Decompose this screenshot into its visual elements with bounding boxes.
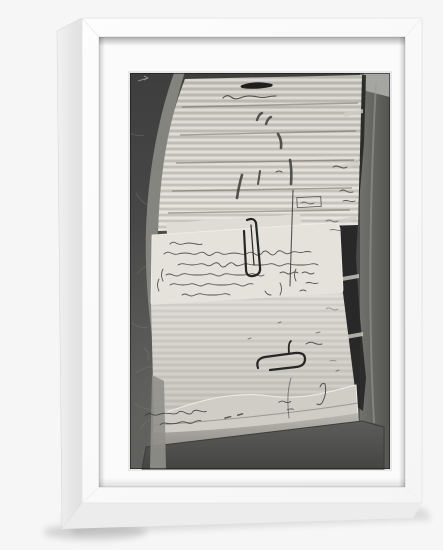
card-stack-top — [158, 75, 362, 231]
photograph — [130, 73, 390, 469]
mat-lip-shadow-left — [99, 37, 105, 487]
card-box-right-wall — [360, 73, 390, 469]
mat-lip-shadow-top — [99, 37, 405, 46]
mat-lip-shadow-right — [399, 37, 405, 487]
framed-photograph: Framed black-and-white photograph of an … — [0, 0, 443, 550]
mat-lip-shadow-bottom — [99, 478, 405, 487]
artwork-svg: Framed black-and-white photograph of an … — [0, 0, 443, 550]
card-box-corner-highlight — [150, 375, 166, 469]
